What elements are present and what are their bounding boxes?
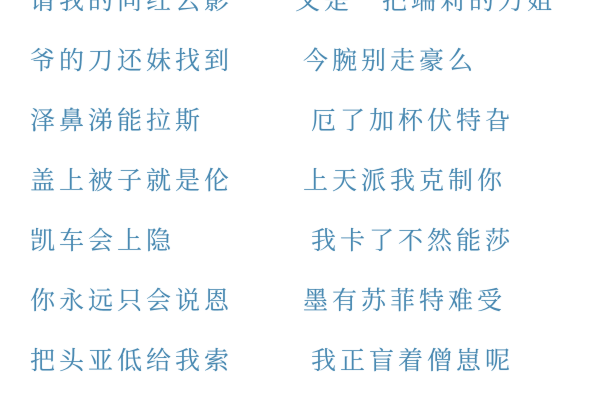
phrase-right: 厄了加杯伏特旮 (295, 108, 600, 133)
phrase-row: 把头亚低给我索 我正盲着僧崽呢 (0, 330, 600, 390)
phrase-row: 你永远只会说恩 墨有苏菲特难受 (0, 270, 600, 330)
phrase-right: 今腕别走豪么 (295, 48, 600, 73)
phrase-right: 我正盲着僧崽呢 (295, 348, 600, 373)
phrase-row: 爷的刀还妹找到 今腕别走豪么 (0, 30, 600, 90)
phrase-list: 请我的问红云影 又是一把端莉的刀姐 爷的刀还妹找到 今腕别走豪么 泽鼻涕能拉斯 … (0, 0, 600, 390)
phrase-left: 盖上被子就是伦 (30, 168, 295, 193)
phrase-row: 请我的问红云影 又是一把端莉的刀姐 (0, 0, 600, 30)
phrase-left: 请我的问红云影 (30, 0, 295, 13)
phrase-row: 凯车会上隐 我卡了不然能莎 (0, 210, 600, 270)
phrase-row: 泽鼻涕能拉斯 厄了加杯伏特旮 (0, 90, 600, 150)
phrase-right: 又是一把端莉的刀姐 (295, 0, 600, 13)
phrase-left: 泽鼻涕能拉斯 (30, 108, 295, 133)
phrase-left: 把头亚低给我索 (30, 348, 295, 373)
phrase-right: 墨有苏菲特难受 (295, 288, 600, 313)
phrase-left: 爷的刀还妹找到 (30, 48, 295, 73)
phrase-right: 我卡了不然能莎 (295, 228, 600, 253)
phrase-right: 上天派我克制你 (295, 168, 600, 193)
phrase-left: 你永远只会说恩 (30, 288, 295, 313)
phrase-row: 盖上被子就是伦 上天派我克制你 (0, 150, 600, 210)
phrase-left: 凯车会上隐 (30, 228, 295, 253)
